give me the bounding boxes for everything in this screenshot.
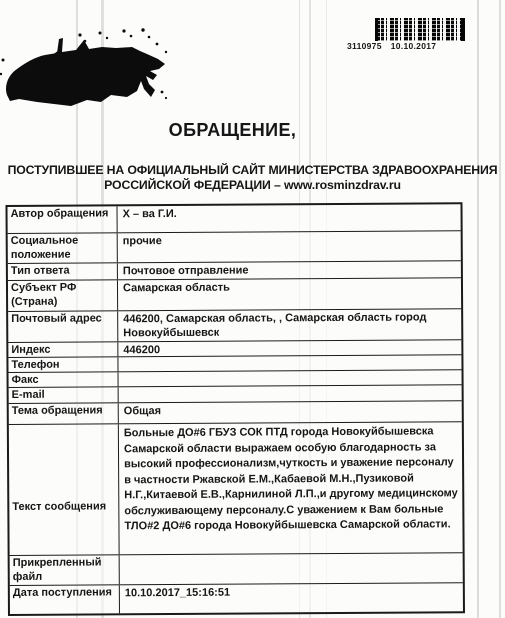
table-row: Социальное положение прочие [8,230,461,263]
row-value [119,370,462,386]
appeal-form-table: Автор обращения Х – ва Г.И. Социальное п… [5,202,465,616]
table-row: Автор обращения Х – ва Г.И. [8,204,461,233]
table-row: Почтовый адрес 446200, Самарская область… [8,308,461,342]
table-row: E-mail [9,384,462,403]
table-row: Тема обращения Общая [9,400,462,424]
row-value [119,385,462,402]
russia-map-icon [0,22,172,134]
row-label: Тема обращения [9,403,119,424]
table-row: Факс [9,369,462,387]
row-value: Больные ДО#6 ГБУЗ СОК ПТД города Новокуй… [119,422,463,554]
row-value [118,355,461,371]
page-title: ОБРАЩЕНИЕ, [0,120,465,141]
barcode-icon [375,18,465,41]
row-label: Почтовый адрес [8,311,118,342]
table-row: Субъект РФ (Страна) Самарская область [8,277,461,311]
row-value: Почтовое отправление [118,261,461,279]
row-label: Факс [9,372,119,387]
barcode-caption: 3110975 10.10.2017 [347,41,467,51]
row-value: прочие [118,231,461,262]
row-value: Х – ва Г.И. [117,204,460,232]
row-value [120,553,463,584]
page-subtitle: ПОСТУПИВШЕЕ НА ОФИЦИАЛЬНЫЙ САЙТ МИНИСТЕР… [0,163,505,193]
subtitle-line-1: ПОСТУПИВШЕЕ НА ОФИЦИАЛЬНЫЙ САЙТ МИНИСТЕР… [0,163,505,178]
row-label: Телефон [8,357,118,372]
barcode-date: 10.10.2017 [391,41,437,51]
row-label: Текст сообщения [9,424,120,555]
barcode-number: 3110975 [347,41,382,51]
table-row: Текст сообщения Больные ДО#6 ГБУЗ СОК ПТ… [9,421,463,555]
row-value: Самарская область [118,278,461,310]
form-table-body: Автор обращения Х – ва Г.И. Социальное п… [8,204,463,614]
row-label: Субъект РФ (Страна) [8,280,118,311]
table-row: Телефон [8,354,461,372]
table-row: Дата поступления 10.10.2017_15:16:51 [10,582,463,614]
row-value: 446200, Самарская область, , Самарская о… [118,309,461,341]
row-label: Дата поступления [10,585,120,614]
row-label: Индекс [8,342,118,357]
table-row: Тип ответа Почтовое отправление [8,260,461,280]
row-value: 10.10.2017_15:16:51 [120,583,463,613]
row-label: Прикрепленный файл [10,555,120,585]
scan-streak [477,0,479,618]
row-value: Общая [119,401,462,423]
row-label: E-mail [9,387,119,403]
scan-streak [499,0,501,618]
row-label: Социальное положение [8,233,118,263]
row-value: 446200 [118,340,461,356]
table-row: Индекс 446200 [8,339,461,357]
row-label: Автор обращения [8,206,118,233]
table-row: Прикрепленный файл [10,552,463,585]
row-label: Тип ответа [8,263,118,280]
subtitle-line-2: РОССИЙСКОЙ ФЕДЕРАЦИИ – www.rosminzdrav.r… [0,178,505,193]
